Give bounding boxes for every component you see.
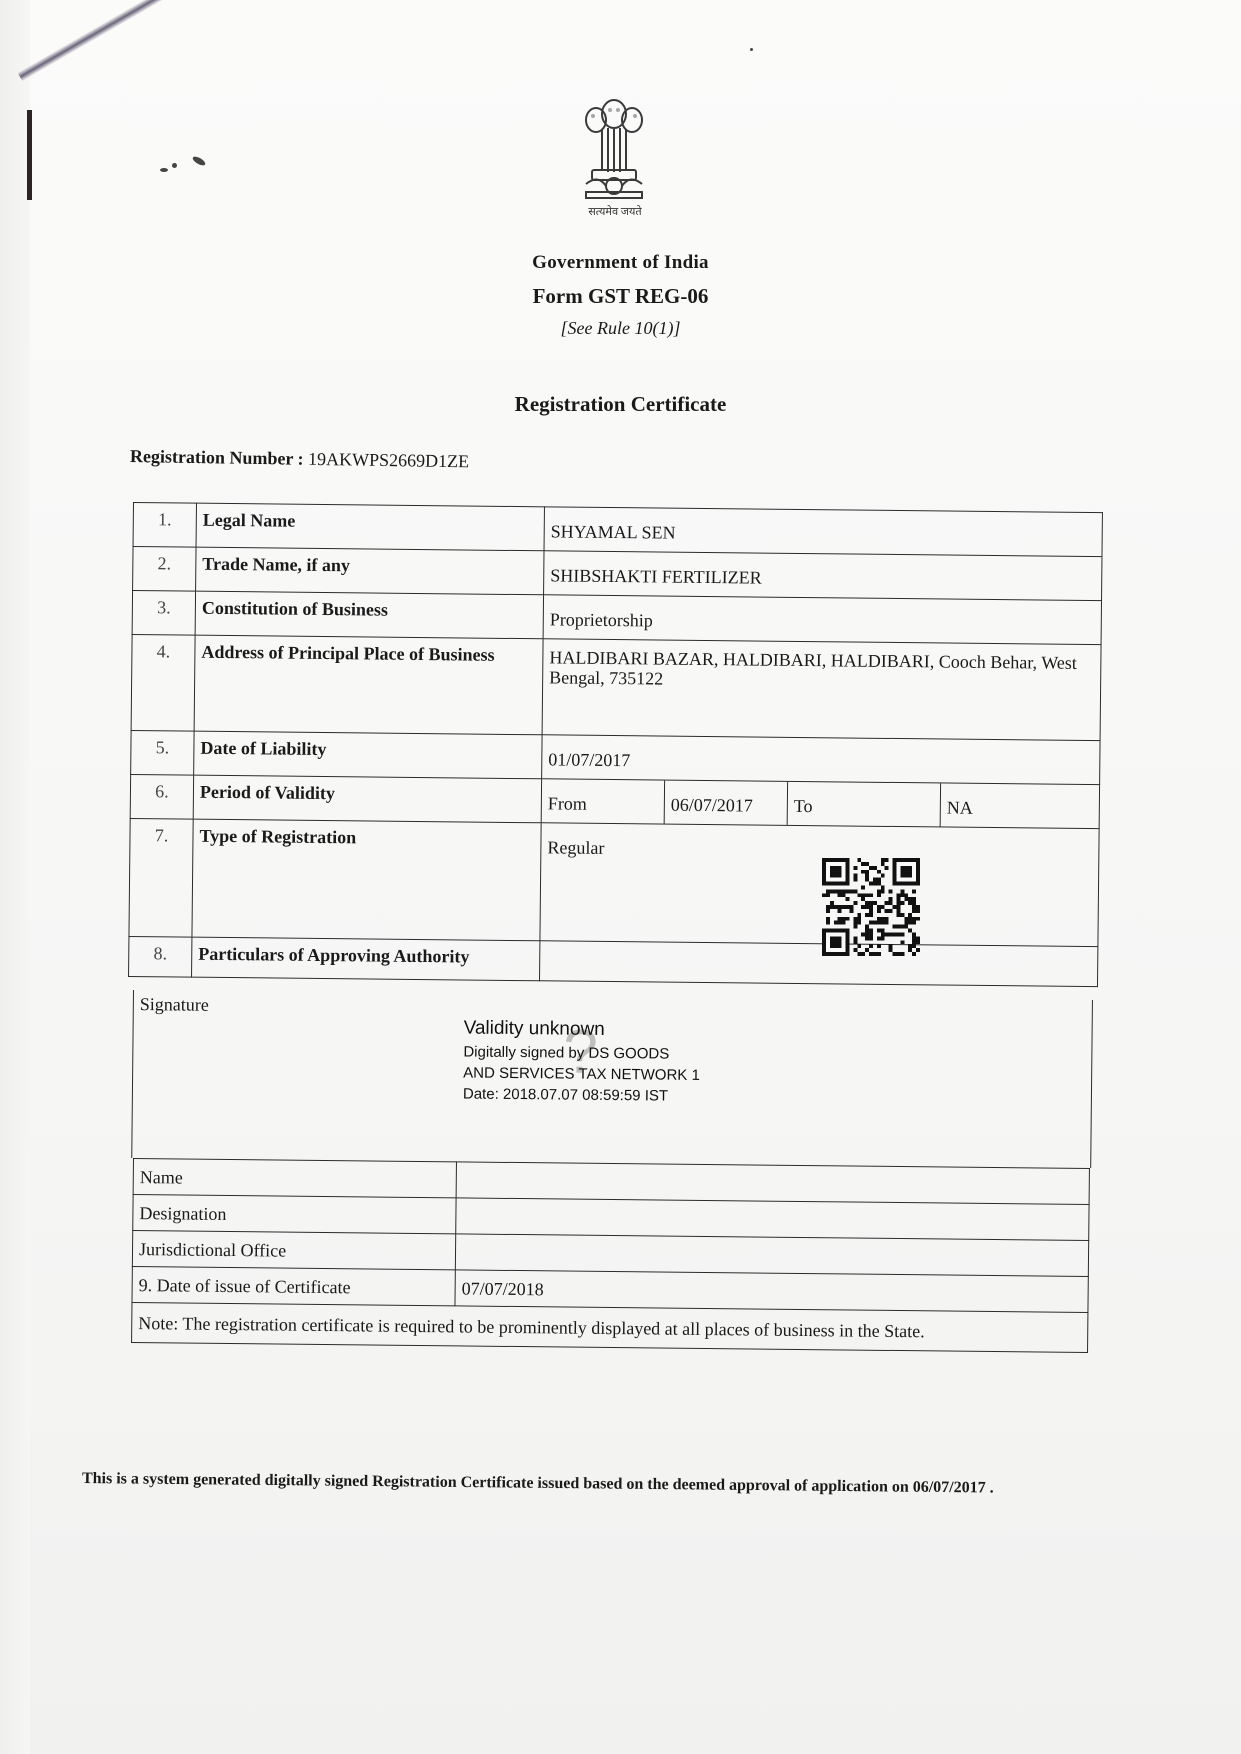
signature-date: Date: 2018.07.07 08:59:59 IST — [463, 1085, 700, 1104]
row-number: 5. — [131, 730, 194, 775]
legal-name-label: Legal Name — [196, 503, 544, 551]
trade-name-value: SHIBSHAKTI FERTILIZER — [544, 551, 1102, 601]
from-label: From — [542, 779, 665, 823]
ink-speck — [750, 48, 753, 51]
row-number: 1. — [133, 503, 196, 548]
registration-number-label: Registration Number : — [130, 446, 304, 469]
row-number: 8. — [129, 936, 192, 977]
table-row: 7. Type of Registration Regular — [129, 818, 1099, 946]
jurisdictional-office-label: Jurisdictional Office — [132, 1231, 455, 1270]
liability-date-value: 01/07/2017 — [542, 735, 1100, 785]
to-label: To — [787, 782, 940, 827]
row-number: 3. — [132, 591, 195, 636]
issue-date-label: 9. Date of issue of Certificate — [132, 1266, 455, 1305]
government-heading: Government of India — [0, 252, 1241, 274]
registration-type-value: Regular — [540, 823, 1099, 947]
registration-details-table: 1. Legal Name SHYAMAL SEN 2. Trade Name,… — [128, 502, 1103, 987]
emblem-motto: सत्यमेव जयते — [570, 204, 660, 219]
authority-table: Name Designation Jurisdictional Office 9… — [131, 1158, 1090, 1353]
validity-period-cell: From 06/07/2017 To NA — [541, 779, 1099, 829]
rule-reference: [See Rule 10(1)] — [0, 318, 1241, 339]
paper-corner-shadow — [27, 110, 32, 200]
table-row: 4. Address of Principal Place of Busines… — [131, 634, 1101, 740]
row-number: 7. — [129, 818, 193, 937]
liability-date-label: Date of Liability — [194, 731, 542, 779]
row-number: 4. — [131, 634, 195, 731]
qr-code-icon — [822, 858, 920, 956]
constitution-label: Constitution of Business — [195, 591, 543, 639]
to-date: NA — [940, 783, 1087, 828]
row-number: 6. — [130, 774, 193, 819]
legal-name-value: SHYAMAL SEN — [544, 507, 1102, 557]
designation-label: Designation — [133, 1195, 456, 1234]
from-date: 06/07/2017 — [664, 781, 787, 825]
form-heading: Form GST REG-06 — [0, 284, 1241, 309]
digital-signature-stamp: Validity unknown Digitally signed by DS … — [463, 1017, 701, 1104]
trade-name-label: Trade Name, if any — [196, 547, 544, 595]
signature-block: Signature ? Validity unknown Digitally s… — [131, 990, 1093, 1168]
validity-period-label: Period of Validity — [193, 775, 541, 823]
registration-type-label: Type of Registration — [192, 819, 541, 941]
address-label: Address of Principal Place of Business — [194, 635, 543, 735]
certificate-title: Registration Certificate — [0, 392, 1241, 417]
constitution-value: Proprietorship — [543, 595, 1101, 645]
registration-number-value: 19AKWPS2669D1ZE — [308, 449, 469, 472]
signed-by-line-2: AND SERVICES TAX NETWORK 1 — [463, 1064, 700, 1083]
signature-validity: Validity unknown — [464, 1017, 701, 1041]
signed-by-line-1: Digitally signed by DS GOODS — [463, 1043, 700, 1062]
name-label: Name — [133, 1159, 456, 1198]
ink-speck — [160, 168, 168, 172]
approving-authority-label: Particulars of Approving Authority — [192, 937, 540, 981]
signature-label: Signature — [140, 994, 209, 1016]
national-emblem-icon — [578, 92, 650, 202]
ink-speck — [172, 163, 177, 168]
address-value: HALDIBARI BAZAR, HALDIBARI, HALDIBARI, C… — [542, 639, 1101, 741]
validity-period-table: From 06/07/2017 To NA — [542, 779, 1087, 828]
approving-authority-value — [540, 941, 1098, 987]
row-number: 2. — [133, 547, 196, 592]
